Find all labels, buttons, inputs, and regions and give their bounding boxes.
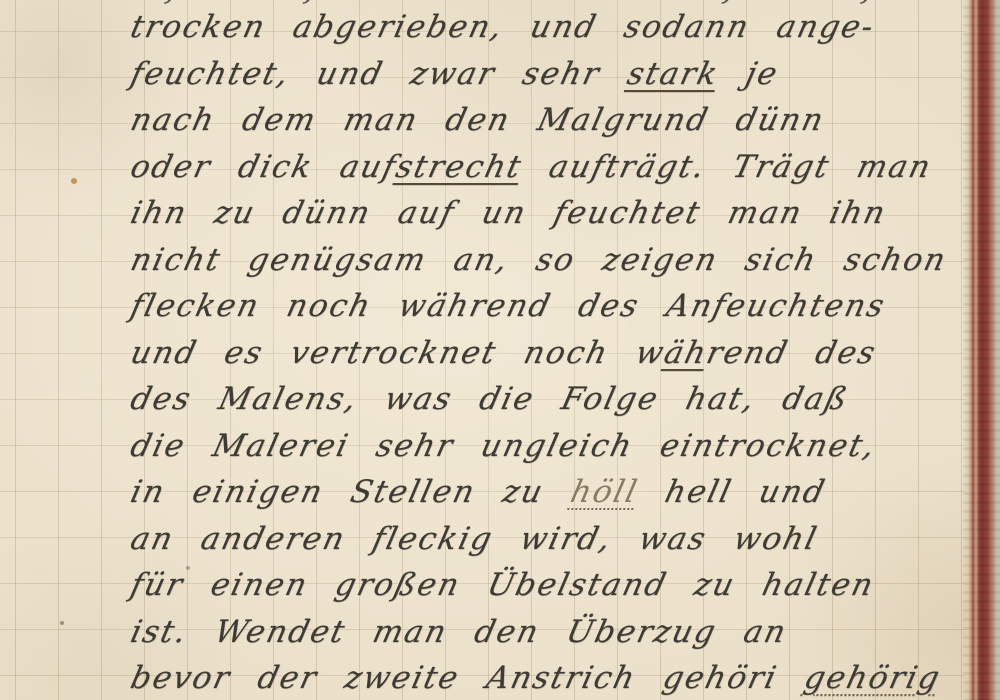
text-segment: für einen großen Übelstand zu halten [127,567,878,603]
text-segment: höll [567,474,642,510]
paper-stain [60,621,64,625]
text-line: ihn zu dünn auf un feuchtet man ihn [126,190,982,237]
text-line: bevor der zweite Anstrich gehöri gehörig [126,655,982,700]
text-segment: flecken noch während des Anfeuchtens [127,288,889,324]
paper-stain [71,178,77,184]
text-segment: rend des [703,335,880,371]
text-line: in einigen Stellen zu höll hell und [126,469,982,516]
manuscript-page: ſ f ℓ t ſ f ℓ g f trocken abgerieben, un… [0,0,1000,700]
text-line: trocken abgerieben, und sodann ange- [126,4,982,51]
text-segment: aufträgt. Trägt man [518,149,936,185]
text-segment: ist. Wendet man den Überzug an [127,614,791,650]
text-segment: bevor der zweite Anstrich gehöri [127,660,809,696]
text-segment: strecht [392,149,526,185]
text-line: nicht genügsam an, so zeigen sich schon [126,237,982,284]
text-segment: je [714,56,782,92]
text-line: die Malerei sehr ungleich eintrocknet, [126,423,982,470]
text-segment: in einigen Stellen zu [127,474,575,510]
text-line: feuchtet, und zwar sehr stark je [126,51,982,98]
text-line: an anderen fleckig wird, was wohl [126,516,982,563]
text-line: flecken noch während des Anfeuchtens [126,283,982,330]
text-segment: trocken abgerieben, und sodann ange- [127,9,878,45]
text-segment: ihn zu dünn auf un feuchtet man ihn [127,195,890,231]
text-segment: stark [624,56,723,92]
text-line: nach dem man den Malgrund dünn [126,97,982,144]
text-segment: und es vertrocknet noch w [127,335,669,371]
text-line: oder dick aufstrecht aufträgt. Trägt man [126,144,982,191]
text-line: und es vertrocknet noch während des [126,330,982,377]
text-line: des Malens, was die Folge hat, daß [126,376,982,423]
text-segment: die Malerei sehr ungleich eintrocknet, [127,428,880,464]
text-line: für einen großen Übelstand zu halten [126,562,982,609]
text-segment: gehörig [801,660,945,696]
text-line: ist. Wendet man den Überzug an [126,609,982,656]
manuscript-text: trocken abgerieben, und sodann ange-feuc… [128,4,973,700]
text-segment: feuchtet, und zwar sehr [127,56,632,92]
book-fore-edge [963,0,1000,700]
text-segment: nach dem man den Malgrund dünn [127,102,828,138]
text-segment: nicht genügsam an, so zeigen sich schon [127,242,950,278]
text-segment: oder dick auf [127,149,401,185]
text-segment: an anderen fleckig wird, was wohl [127,521,821,557]
text-segment: hell und [634,474,830,510]
text-segment: des Malens, was die Folge hat, daß [127,381,852,417]
